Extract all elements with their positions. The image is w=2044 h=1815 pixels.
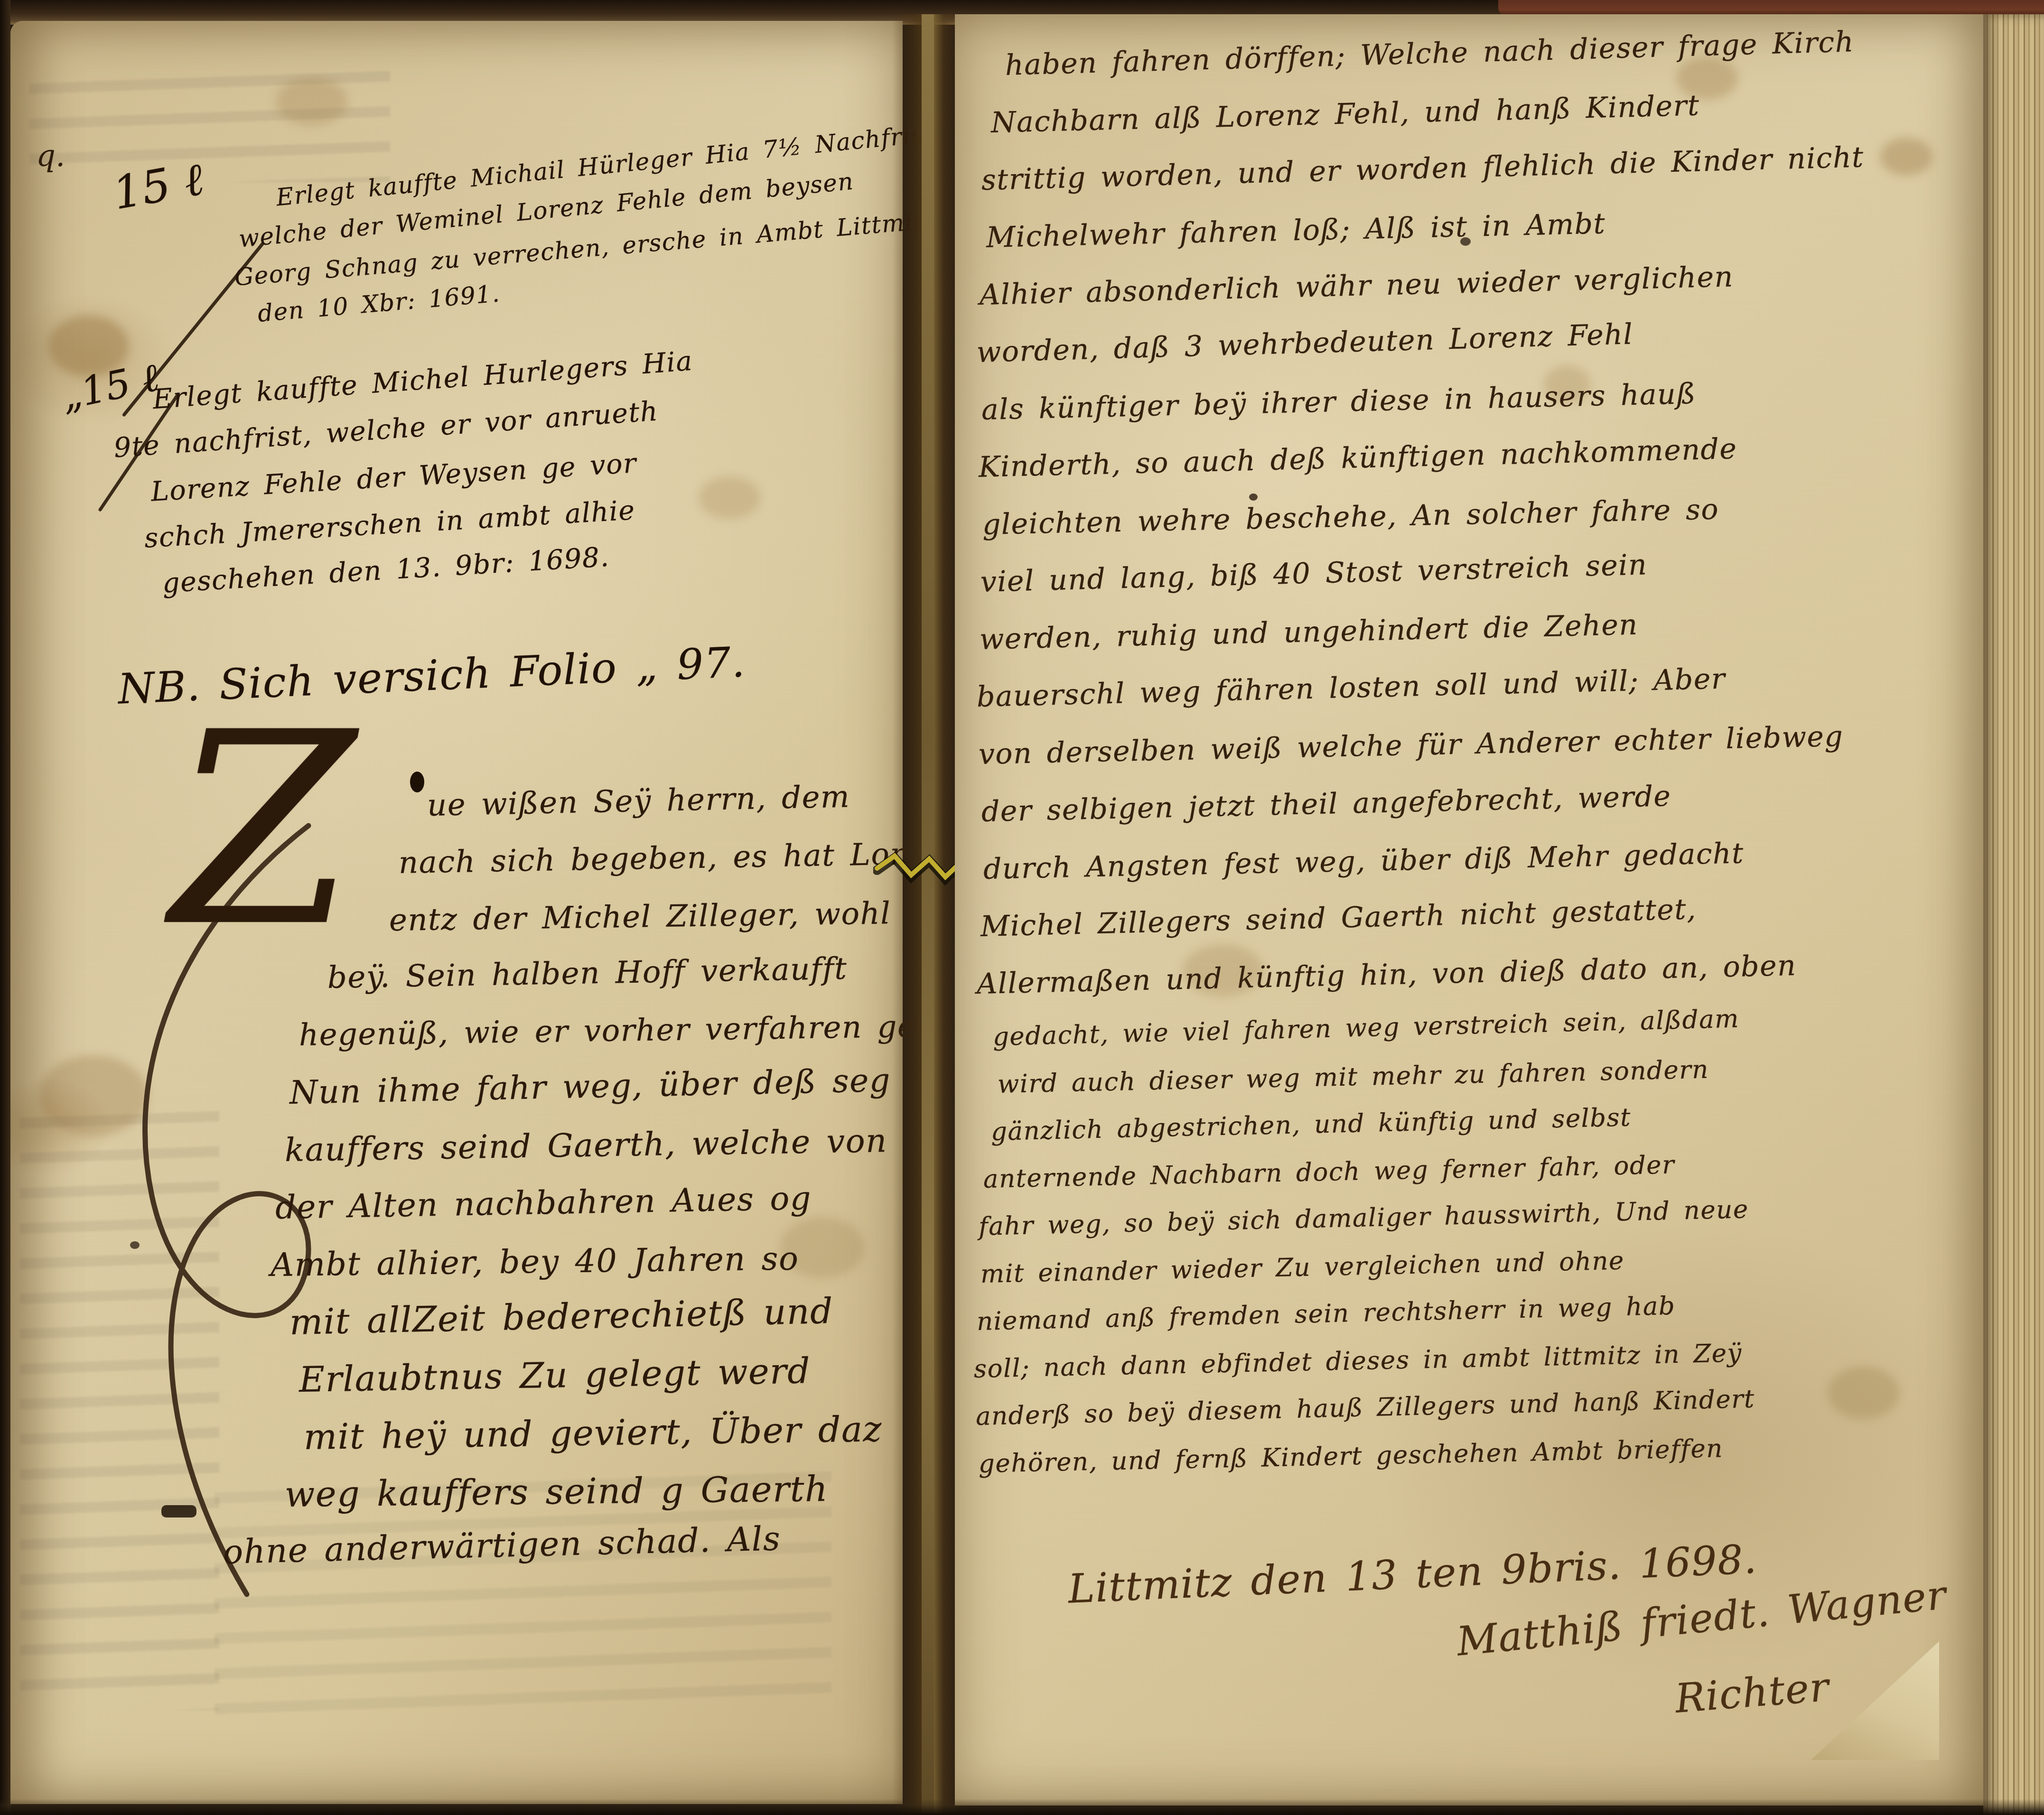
main-paragraph: ue wißen Seÿ herrn, demnach sich begeben… (204, 777, 916, 1581)
margin-stray-mark: q. (36, 139, 65, 174)
signature-line: Richter (1673, 1649, 1950, 1727)
manuscript-line: ue wißen Seÿ herrn, dem (427, 767, 917, 835)
leather-cover-corner (1498, 0, 2044, 16)
manuscript-line: beÿ. Sein halben Hoff verkaufft (327, 939, 916, 1007)
margin-entry-2: Erlegt kauffte Michel Hurlegers Hia9te n… (91, 343, 706, 611)
signature-block: Matthiß friedt. WagnerRichter (1428, 1613, 1949, 1727)
manuscript-line: Erlaubtnus Zu gelegt werd (299, 1340, 916, 1409)
right-page-text-upper: haben fahren dörffen; Welche nach dieser… (977, 37, 1864, 1013)
manuscript-book-spread: q. 15 ℓ Erlegt kauffte Michail Hürleger … (0, 0, 2044, 1815)
manuscript-line: mit heÿ und geviert, Über daz (303, 1400, 916, 1466)
book-bottom-edge-shadow (0, 1799, 2044, 1815)
paper-stain (1828, 1367, 1899, 1419)
manuscript-line: entz der Michel Zilleger, wohl (389, 885, 916, 949)
binding-spine-strip (922, 14, 934, 1815)
right-page-text-lower: gedacht, wie viel fahren weg verstreich … (974, 1014, 1755, 1488)
manuscript-line: nach sich begeben, es hat Lor (398, 826, 916, 892)
ink-bleedthrough-ghost (29, 59, 390, 182)
paper-stain (276, 78, 347, 125)
manuscript-line: kauffers seind Gaerth, welche von (284, 1112, 916, 1179)
manuscript-line: der Alten nachbahren Aues og (275, 1168, 916, 1237)
book-cover-left-edge (0, 0, 10, 1815)
binding-gutter (892, 14, 963, 1815)
paper-stain (1880, 138, 1932, 176)
page-block-fore-edge (1983, 14, 2044, 1815)
paper-stain (699, 476, 760, 519)
